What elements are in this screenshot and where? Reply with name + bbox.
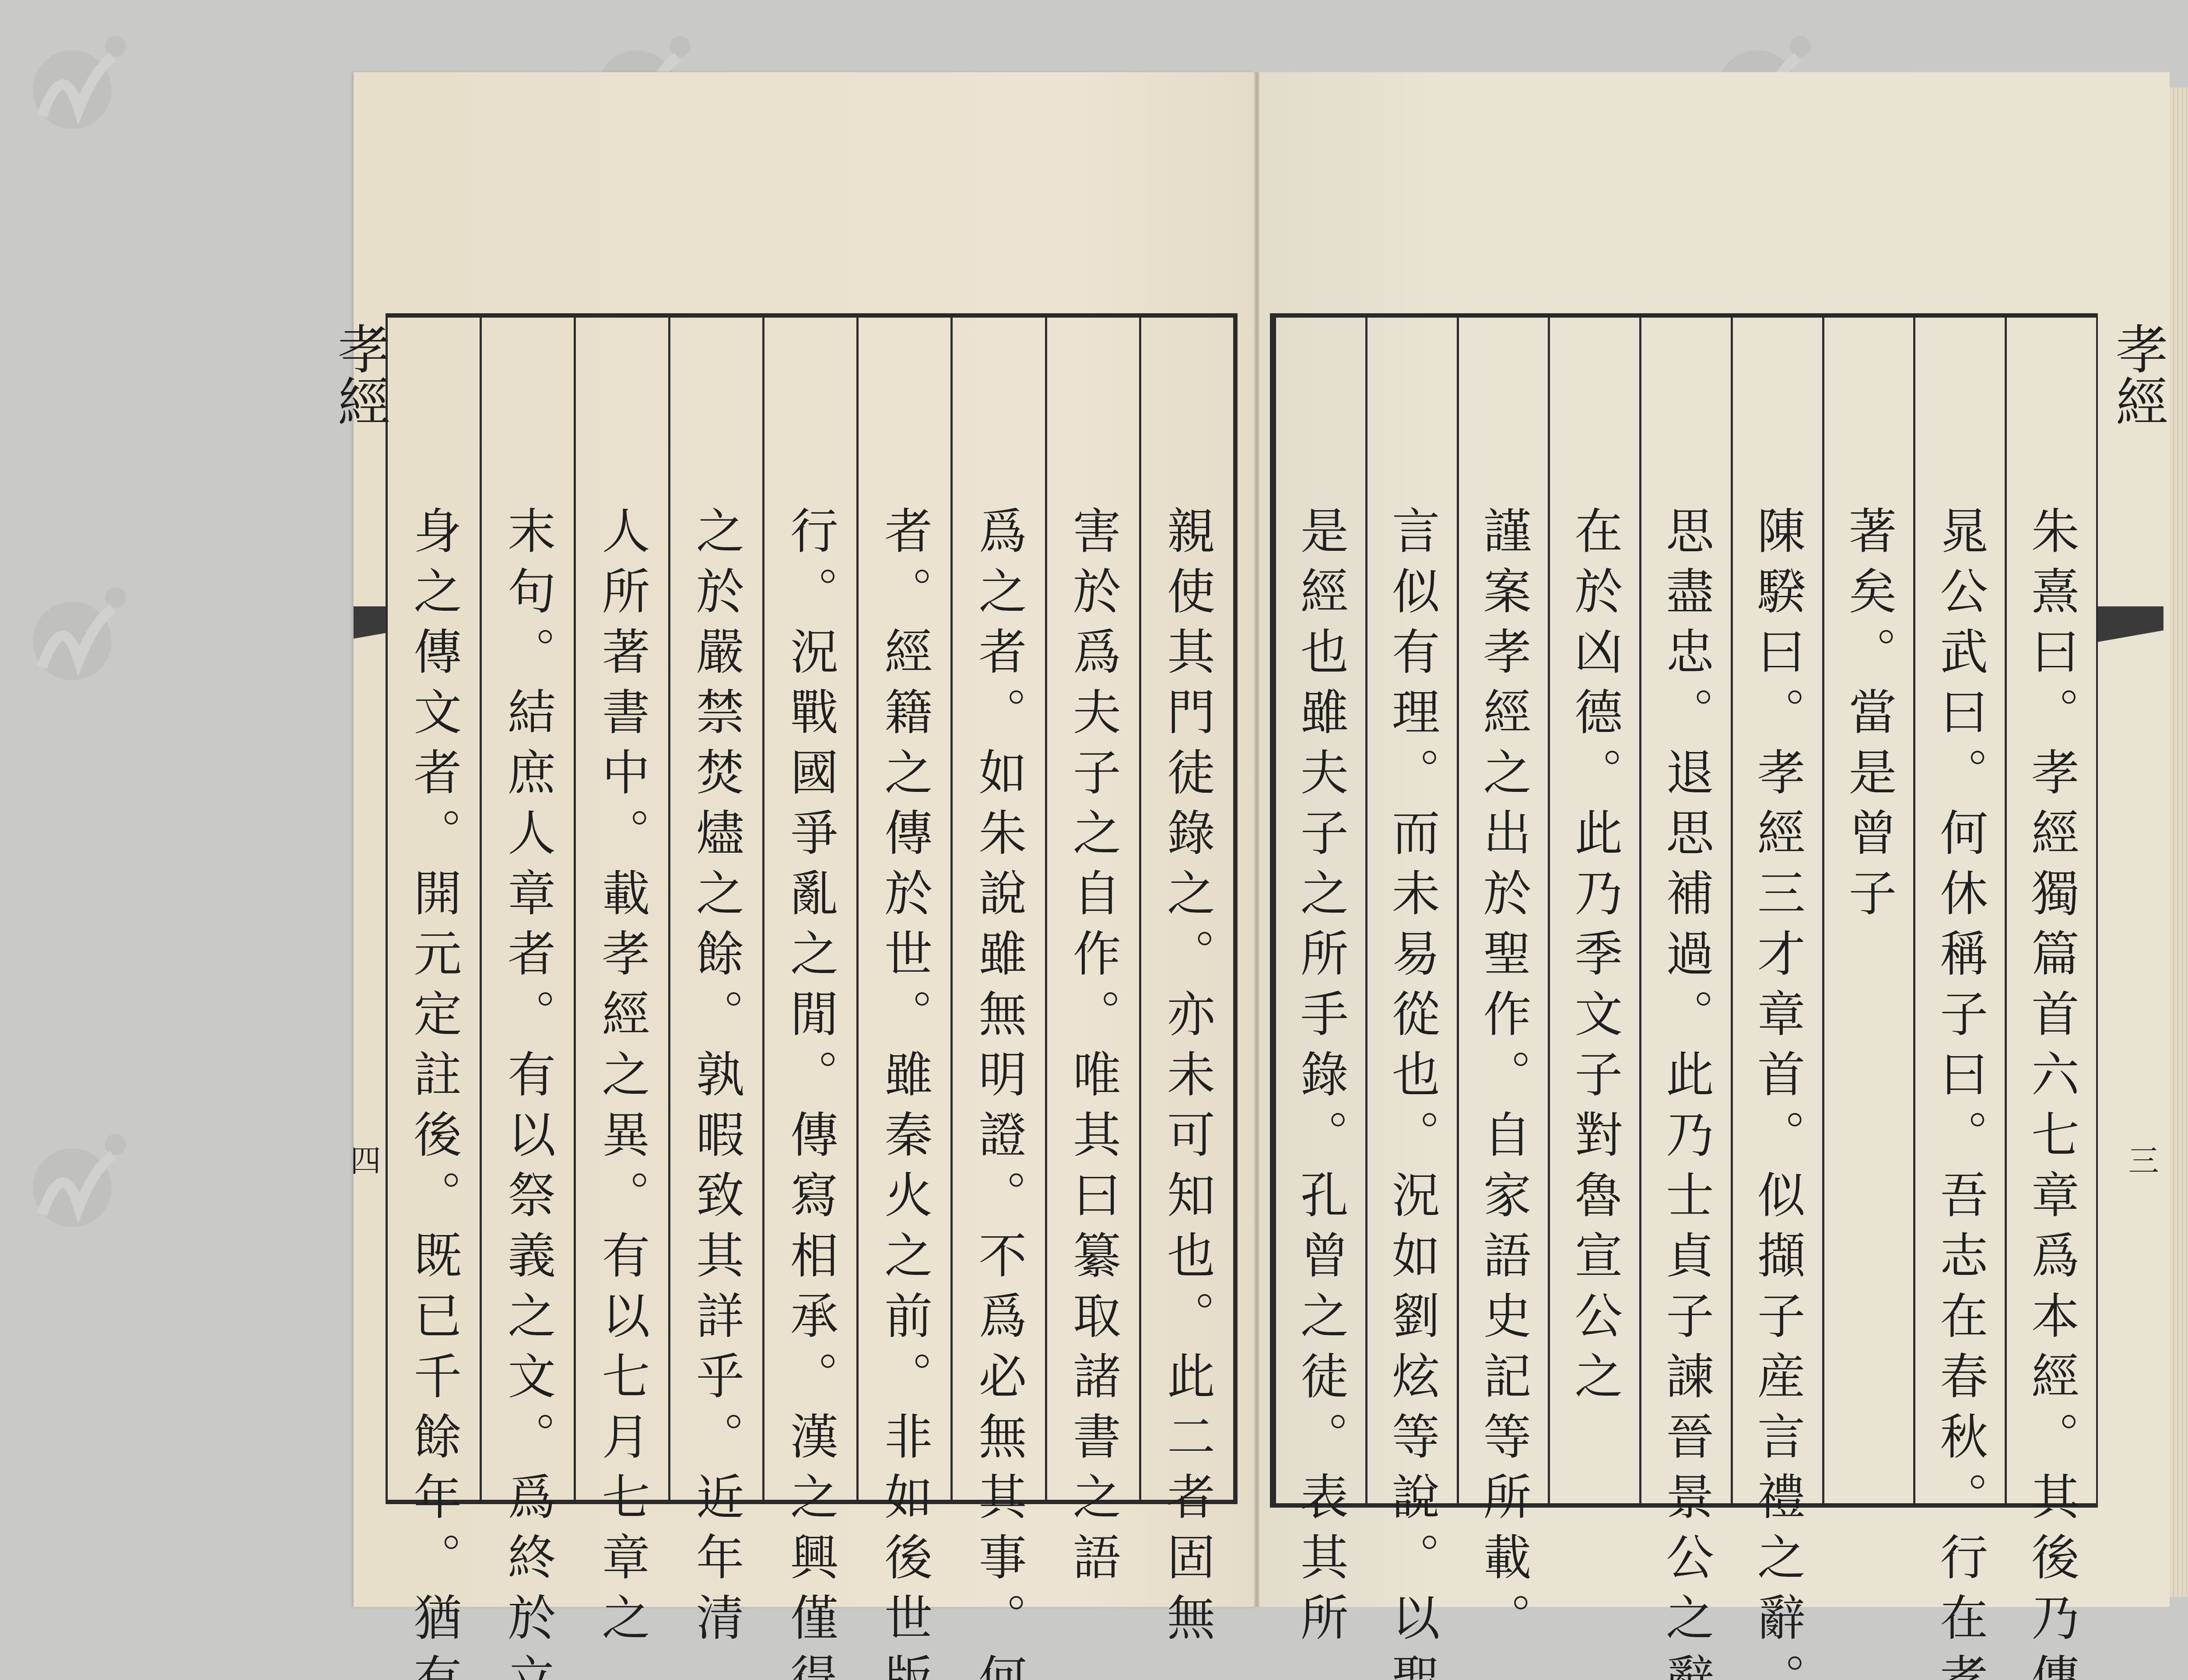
watermark-logo-icon [13, 17, 144, 149]
text-column: 人所著書中。載孝經之異。有以七月七章之 [574, 318, 668, 1500]
text-column: 末句。結庶人章者。有以祭義之文。爲終於立 [480, 318, 574, 1500]
text-column: 是經也雖夫子之所手錄。孔曾之徒。表其所 [1276, 318, 1365, 1503]
watermark-logo-icon [13, 1116, 144, 1247]
text-column: 思盡忠。退思補過。此乃士貞子諫晉景公之辭。 [1639, 318, 1731, 1503]
right-page-side-tab: 孝經 三 [2098, 313, 2163, 1508]
watermark-logo-icon [13, 569, 144, 700]
left-page-side-tab: 孝經 四 [354, 313, 387, 1504]
left-page-number: 四 [354, 1144, 386, 1175]
text-column: 爲之者。如朱說雖無明證。不爲必無其事。何 [950, 318, 1045, 1500]
text-column: 之於嚴禁焚燼之餘。孰暇致其詳乎。近年清 [668, 318, 762, 1500]
left-page-text-frame: 親使其門徒錄之。亦未可知也。此二者固無 害於爲夫子之自作。唯其曰纂取諸書之語 爲… [386, 313, 1238, 1504]
left-page-heading: 孝經 [354, 322, 386, 427]
book-gutter [1254, 72, 1259, 1607]
fish-tail-mark-icon [354, 606, 386, 659]
page-edges [2170, 87, 2188, 1597]
text-column: 害於爲夫子之自作。唯其曰纂取諸書之語 [1045, 318, 1139, 1500]
fish-tail-mark-icon [2098, 606, 2163, 659]
right-page-text-frame: 朱熹曰。孝經獨篇首六七章爲本經。其後乃傳 晁公武曰。何休稱子曰。吾志在春秋。行在… [1270, 313, 2098, 1508]
text-column: 朱熹曰。孝經獨篇首六七章爲本經。其後乃傳 [2005, 318, 2096, 1503]
text-column: 謹案孝經之出於聖作。自家語史記等所載。 [1457, 318, 1548, 1503]
text-column: 著矣。當是曾子 [1822, 318, 1914, 1503]
text-column: 身之傳文者。開元定註後。既已千餘年。猶有 [388, 318, 480, 1500]
text-column: 親使其門徒錄之。亦未可知也。此二者固無 [1139, 318, 1233, 1500]
text-column: 行。況戰國爭亂之閒。傳寫相承。漢之興僅得 [762, 318, 856, 1500]
text-column: 晁公武曰。何休稱子曰。吾志在春秋。行在孝經。 [1913, 318, 2005, 1503]
text-column: 在於凶德。此乃季文子對魯宣公之 [1548, 318, 1639, 1503]
right-page-heading: 孝經 [2098, 322, 2163, 427]
right-page-number: 三 [2098, 1144, 2163, 1175]
text-column: 言似有理。而未易從也。況如劉炫等說。以聖 [1365, 318, 1457, 1503]
text-column: 者。經籍之傳於世。雖秦火之前。非如後世版 [856, 318, 950, 1500]
text-column: 陳騤曰。孝經三才章首。似擷子産言禮之辭。聖 [1731, 318, 1822, 1503]
